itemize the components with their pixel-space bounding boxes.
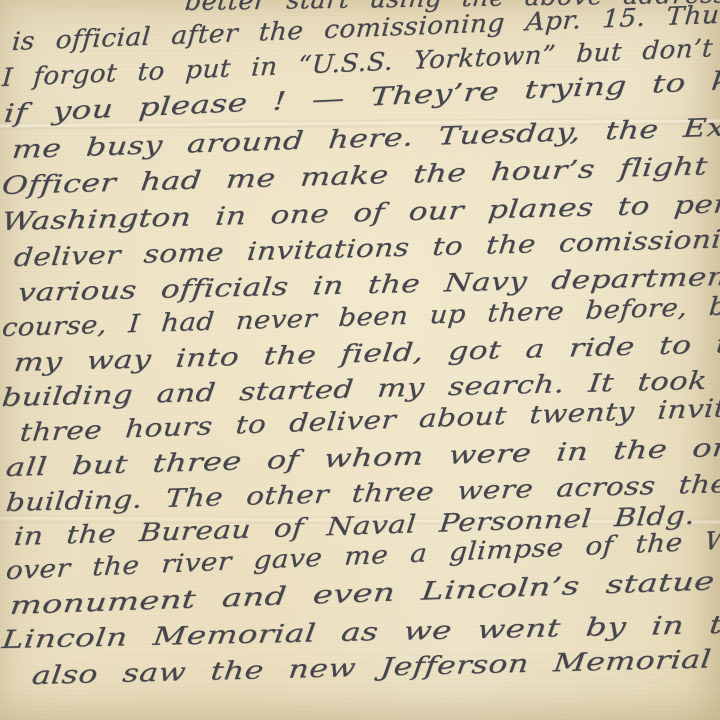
letter-page: better start using the above address as …	[0, 0, 720, 720]
